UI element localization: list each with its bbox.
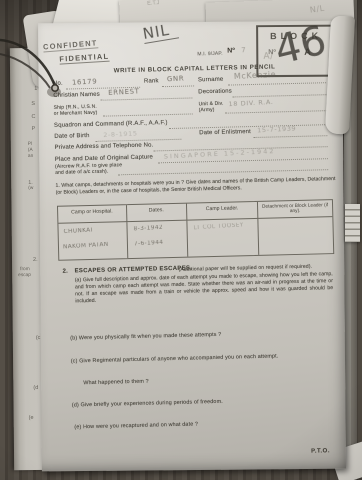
table-col-block-leader xyxy=(258,217,333,255)
field-decorations-label: Decorations xyxy=(198,89,232,96)
item-e-text: (e) How were you recaptured and on what … xyxy=(74,421,198,430)
field-dob-value: 2-8-1915 xyxy=(103,129,138,139)
table-row-dates: 8-3-1942 xyxy=(133,225,163,233)
margin-fragment: (e xyxy=(29,415,34,421)
margin-fragment: (c xyxy=(36,335,41,341)
field-unit-label-2: (Army) xyxy=(199,107,215,113)
item-b-text: (b) Were you physically fit when you mad… xyxy=(70,332,221,342)
form-no-value: 7 xyxy=(241,46,246,54)
field-unit-value: 18 DIV. R.A. xyxy=(228,98,273,108)
item-a-text: (a) Give full description and approx. da… xyxy=(75,271,334,305)
margin-fragment: from xyxy=(20,267,30,272)
question-1-text: 1. What camps, detachments or hospitals … xyxy=(55,176,335,197)
top-pencil-mark: N/L xyxy=(309,4,325,15)
table-header-dates: Dates. xyxy=(126,204,187,222)
top-fragment: E.T.J xyxy=(147,0,160,7)
table-col-dates: 8-3-1942 7-6-1944 xyxy=(127,221,188,258)
camps-table: Camp or Hospital. Dates. Camp Leader. De… xyxy=(57,199,334,261)
field-surname-value: McKenzie xyxy=(234,70,277,81)
form-no-label: Nº xyxy=(227,47,235,54)
treasury-tag-string xyxy=(0,30,80,110)
table-col-leader: LT COL TOOSEY xyxy=(187,219,259,257)
margin-fragment: (w xyxy=(28,186,33,191)
table-row-camp: CHUNKAI xyxy=(63,227,92,235)
field-dob-label: Date of Birth xyxy=(54,133,89,140)
margin-fragment: escap xyxy=(18,273,31,278)
pto-footer: P.T.O. xyxy=(311,448,330,454)
table-header-leader: Camp Leader. xyxy=(187,202,259,221)
margin-fragment: P xyxy=(32,126,36,132)
margin-fragment: Pl xyxy=(28,142,32,147)
document-fragment-right xyxy=(345,204,360,242)
field-rank-value: GNR xyxy=(167,74,185,83)
item-d-text: (d) Give briefly your experiences during… xyxy=(72,399,223,409)
field-address-label: Private Address and Telephone No. xyxy=(54,142,153,150)
section-2-heading: ESCAPES OR ATTEMPTED ESCAPES. xyxy=(75,266,193,275)
table-row-dates: 7-6-1944 xyxy=(133,240,163,248)
margin-fragment: an xyxy=(28,154,33,159)
field-enlistment-label: Date of Enlistment xyxy=(199,129,251,136)
table-row-camp: NAKOM PATAN xyxy=(63,242,109,251)
item-c-text: (c) Give Regimental particulars of anyon… xyxy=(71,353,279,364)
item-c2-text: What happened to them ? xyxy=(83,379,149,387)
field-enlistment-value: 15-7-1939 xyxy=(257,124,296,134)
field-surname-label: Surname xyxy=(198,77,224,84)
table-col-camp: CHUNKAI NAKOM PATAN xyxy=(58,222,127,260)
block-pencil-mark: A/ xyxy=(263,51,274,62)
table-header-camp: Camp or Hospital. xyxy=(58,205,127,224)
margin-fragment: (A xyxy=(28,148,33,153)
margin-fragment: (d xyxy=(33,385,38,391)
margin-fragment: C xyxy=(31,114,35,120)
field-squadron-label: Squadron and Command (R.A.F., A.A.F.) xyxy=(54,120,168,129)
table-header-block-leader: Detachment or Block Leader (if any). xyxy=(258,200,332,219)
table-row-leader: LT COL TOOSEY xyxy=(193,222,244,231)
field-capture-label-1: Place and Date of Original Capture xyxy=(55,154,153,162)
nil-pencil-note: NIL xyxy=(141,20,179,44)
questionnaire-page: CONFIDENT FIDENTIAL NIL M.I. 9/JAP. Nº 7… xyxy=(38,21,346,472)
document-photo: 1 S C P Pl (A an 1. (w 2. from escap (c … xyxy=(0,0,362,480)
field-rank-label: Rank xyxy=(144,78,159,84)
mi9-label: M.I. 9/JAP. xyxy=(197,51,223,58)
section-2-number: 2. xyxy=(63,269,68,275)
field-ship-label-2: or Merchant Navy) xyxy=(54,110,98,117)
margin-fragment: 2. xyxy=(33,257,38,263)
field-christian-value: ERNEST xyxy=(108,87,140,97)
field-capture-label-3: and date of a/c crash). xyxy=(55,169,108,176)
section-2-heading-note: (Additional paper will be supplied on re… xyxy=(178,263,312,272)
